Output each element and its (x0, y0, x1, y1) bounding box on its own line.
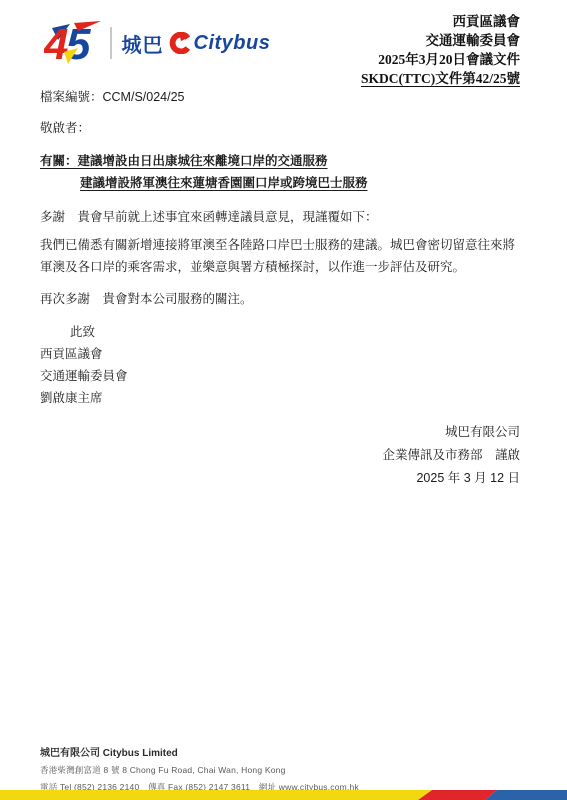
brand-english-label: Citybus (194, 32, 271, 55)
footer-address: 香港柴灣創富道 8 號 8 Chong Fu Road, Chai Wan, H… (40, 764, 527, 776)
paragraph-reply: 我們已備悉有關新增連接將軍澳至各陸路口岸巴士服務的建議。城巴會密切留意往來將軍澳… (40, 234, 520, 278)
citybus-c-icon (169, 32, 191, 54)
paragraph-acknowledgement: 多謝 貴會早前就上述事宜來函轉達議員意見，現謹覆如下： (40, 206, 520, 228)
closing-block: 此致 西貢區議會 交通運輸委員會 劉啟康主席 (40, 321, 520, 409)
meeting-info-block: 西貢區議會 交通運輸委員會 2025年3月20日會議文件 SKDC(TTC)文件… (361, 12, 520, 88)
meeting-info-date: 2025年3月20日會議文件 (361, 50, 520, 69)
closing-recipient-chairman: 劉啟康主席 (40, 387, 520, 409)
citybus-logo: 4 5 城巴 Citybus (44, 20, 270, 66)
logo-divider (110, 27, 112, 59)
signature-block: 城巴有限公司 企業傳訊及市務部 謹啟 2025 年 3 月 12 日 (382, 421, 520, 490)
subject-line-2: 建議增設將軍澳往來蓮塘香園圍口岸或跨境巴士服務 (80, 172, 520, 194)
paragraph-thanks: 再次多謝 貴會對本公司服務的關注。 (40, 288, 520, 310)
letter-body: 檔案編號：CCM/S/024/25 敬啟者： 有關：建議增設由日出康城往來離境口… (40, 86, 520, 409)
closing-recipient-committee: 交通運輸委員會 (40, 365, 520, 387)
brand-color-bar (0, 790, 567, 800)
footer-company-name: 城巴有限公司 Citybus Limited (40, 744, 527, 759)
signature-department: 企業傳訊及市務部 謹啟 (382, 444, 520, 467)
signature-date: 2025 年 3 月 12 日 (382, 467, 520, 490)
meeting-info-council: 西貢區議會 (361, 12, 520, 31)
closing-salute: 此致 (40, 321, 520, 343)
subject-block: 有關：建議增設由日出康城往來離境口岸的交通服務 建議增設將軍澳往來蓮塘香園圍口岸… (40, 150, 520, 194)
svg-text:4: 4 (44, 20, 68, 66)
subject-line-1: 有關：建議增設由日出康城往來離境口岸的交通服務 (40, 150, 520, 172)
letter-page: 4 5 城巴 Citybus 西貢區議會 交通運輸委員會 2025年3月20日會… (0, 0, 567, 800)
anniversary-45-icon: 4 5 (44, 20, 102, 66)
salutation: 敬啟者： (40, 117, 520, 139)
closing-recipient-council: 西貢區議會 (40, 343, 520, 365)
signature-company: 城巴有限公司 (382, 421, 520, 444)
meeting-info-committee: 交通運輸委員會 (361, 31, 520, 50)
file-reference: 檔案編號：CCM/S/024/25 (40, 86, 520, 108)
brand-chinese-label: 城巴 (122, 29, 164, 58)
